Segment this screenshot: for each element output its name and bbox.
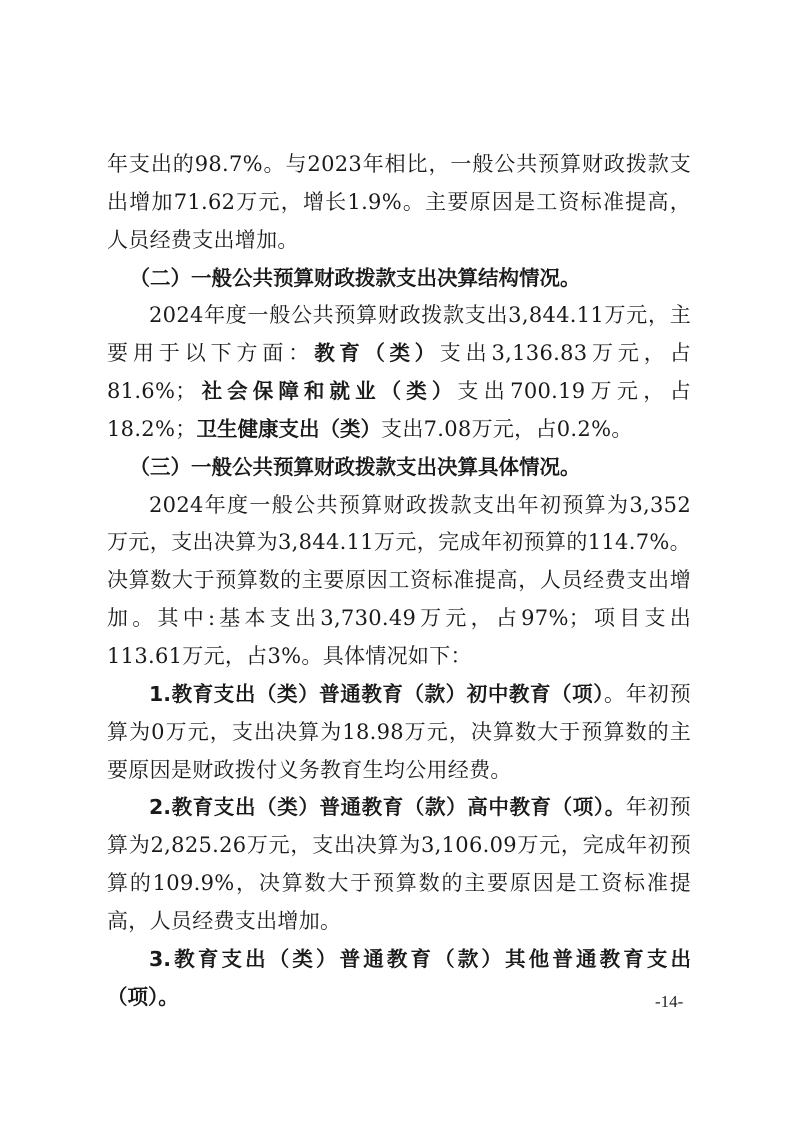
section-heading-3: （三）一般公共预算财政拨款支出决算具体情况。 [107, 449, 691, 487]
item-2: 2.教育支出（类）普通教育（款）高中教育（项）。年初预算为2,825.26万元，… [107, 789, 691, 940]
item-2-title: 2.教育支出（类）普通教育（款）高中教育（项）。 [149, 795, 626, 819]
page-number: -14- [655, 992, 683, 1012]
education-label: 教育（类） [314, 341, 440, 365]
item-3-title: 3.教育支出（类）普通教育（款）其他普通教育支出（项）。 [107, 947, 691, 1009]
paragraph-details: 2024年度一般公共预算财政拨款支出年初预算为3,352万元，支出决算为3,84… [107, 487, 691, 676]
social-security-label: 社会保障和就业（类） [197, 379, 458, 403]
document-body: 年支出的98.7%。与2023年相比，一般公共预算财政拨款支出增加71.62万元… [107, 146, 691, 1016]
health-text: 支出7.08万元，占0.2%。 [381, 417, 633, 441]
health-label: 卫生健康支出（类） [197, 417, 382, 441]
item-1-title: 1.教育支出（类）普通教育（款）初中教育（项） [149, 682, 604, 706]
paragraph-structure: 2024年度一般公共预算财政拨款支出3,844.11万元，主要用于以下方面：教育… [107, 297, 691, 448]
section-heading-2: （二）一般公共预算财政拨款支出决算结构情况。 [107, 260, 691, 298]
paragraph-continued: 年支出的98.7%。与2023年相比，一般公共预算财政拨款支出增加71.62万元… [107, 146, 691, 260]
item-1: 1.教育支出（类）普通教育（款）初中教育（项）。年初预算为0万元，支出决算为18… [107, 676, 691, 790]
item-3: 3.教育支出（类）普通教育（款）其他普通教育支出（项）。 [107, 941, 691, 1017]
